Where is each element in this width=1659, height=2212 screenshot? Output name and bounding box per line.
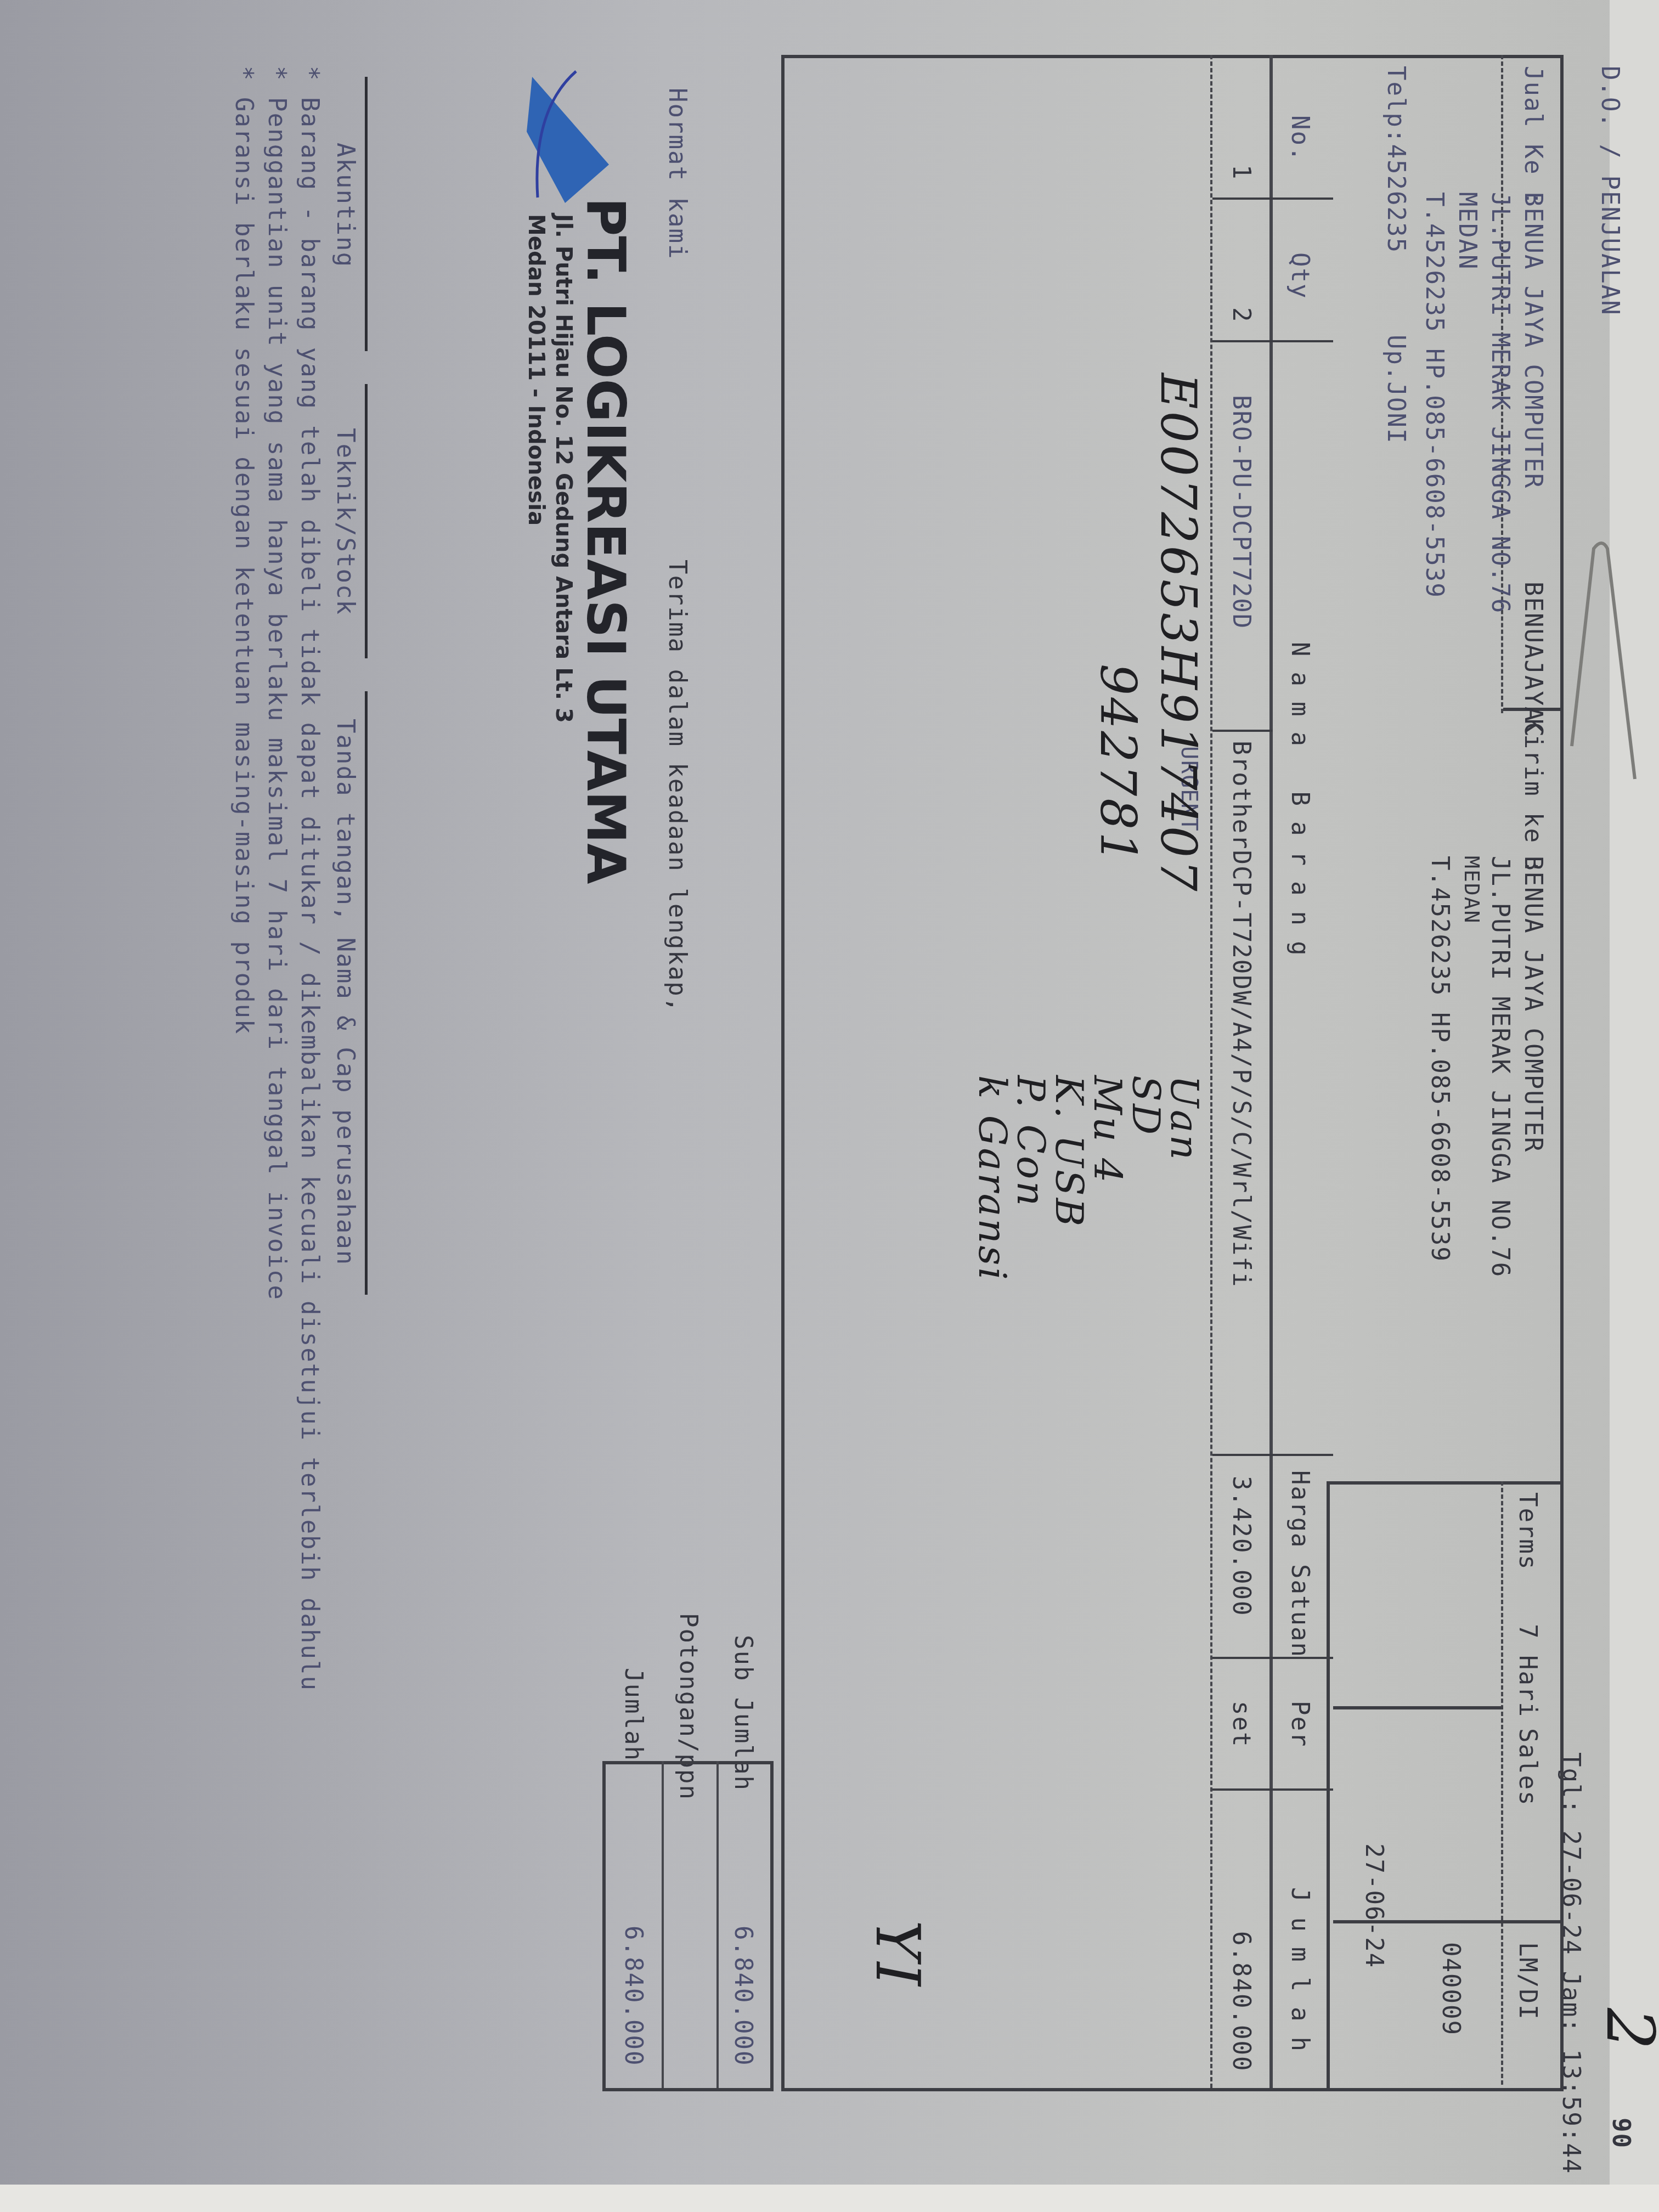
divider [716,1761,719,2088]
row-per: set [1227,1701,1255,1747]
terms-label: Terms [1514,1492,1542,1570]
footnote-3: * Garansi berlaku sesuai dengan ketentua… [230,66,258,1035]
sold-to-city: MEDAN [1453,192,1481,270]
handwritten-initial: YI [862,1920,933,1988]
row-jumlah: 6.840.000 [1227,1931,1255,2072]
divider [1212,1454,1333,1456]
akunting-label: Akunting [331,143,359,268]
hormat-kami-label: Hormat kami [663,88,691,259]
col-harga-satuan: Harga Satuan [1286,1470,1314,1658]
row-qty: 2 [1227,307,1255,323]
sales-value: LM/DI [1514,1942,1542,2020]
ship-to-name: BENUA JAYA COMPUTER [1519,856,1547,1153]
ship-to-address: JL.PUTRI MERAK JINGGA NO.76 [1486,856,1514,1278]
divider [1212,730,1273,732]
sales-label: Sales [1514,1728,1542,1806]
divider [1212,1788,1333,1791]
col-nama-barang: Nama Barang [1286,642,1314,970]
sold-to-phone: T.4526235 HP.085-6608-5539 [1420,192,1448,599]
delivery-order-document: D.O. / PENJUALAN Tgl: 27-06-24 Jam: 13:5… [55,33,1646,2172]
row-no: 1 [1227,165,1255,180]
telp: Telp:4526235 [1382,66,1410,253]
handwritten-note-2: SD [1124,1075,1169,1137]
terms-value: 7 Hari [1514,1624,1542,1718]
divider [1269,55,1273,2088]
ship-to-city: MEDAN [1460,856,1484,924]
document-number: 040009 [1437,1942,1465,2036]
ship-to-phone: T.4526235 HP.085-6608-5539 [1426,856,1454,1262]
divider [662,1761,664,2088]
divider [1501,1481,1503,2085]
footnote-2: * Penggantian unit yang sama hanya berla… [263,66,291,1301]
attention: Up.JONI [1382,335,1410,444]
ship-to-label: Kirim ke : [1519,719,1547,875]
stamp-address-line1: Jl. Putri Hijau No. 12 Gedung Antara Lt.… [551,214,576,723]
handwritten-note-6: k Garansi [970,1075,1015,1282]
row-harga-satuan: 3.420.000 [1227,1476,1255,1616]
col-per: Per [1286,1701,1314,1747]
divider [1212,1657,1333,1659]
receiver-sign-label: Tanda tangan, Nama & Cap perusahaan [331,719,359,1266]
receiver-note: Terima dalam keadaan lengkap, [663,560,691,1013]
stamp-company-name: PT. LOGIKREASI UTAMA [575,198,636,884]
signature-line-akunting [365,77,368,351]
document-date: 27-06-24 [1360,1843,1388,1968]
divider [1333,1706,1503,1709]
signature-line-teknik [365,384,368,658]
stamp-address-line2: Medan 20111 - Indonesia [523,214,549,526]
col-qty: Qty [1286,252,1314,299]
customer-code: BENUAJAYAC [1519,582,1547,738]
footnote-1: * Barang - barang yang telah dibeli tida… [296,66,324,1691]
teknik-stock-label: Teknik/Stock [331,428,359,616]
signature-line-receiver [365,691,368,1295]
divider [1212,198,1333,200]
company-logo-icon [521,66,631,208]
total-value: 6.840.000 [619,1926,647,2066]
telp-value: 4526235 [1382,144,1410,253]
corner-mark: 90 [1607,2118,1635,2149]
handwritten-note-4: K. USB [1047,1075,1092,1228]
handwritten-page-number: 2 [1592,2008,1659,2052]
subtotal-value: 6.840.000 [729,1926,757,2066]
paperclip-icon [1569,538,1640,790]
handwritten-serial-2: 942781 [1089,664,1147,866]
document-title: D.O. / PENJUALAN [1596,66,1624,316]
telp-label: Telp: [1382,66,1410,144]
sold-to-name: BENUA JAYA COMPUTER [1519,192,1547,489]
col-no: No. [1286,115,1314,162]
divider [1212,340,1333,342]
row-description: BrotherDCP-T720DW/A4/P/S/C/Wrl/Wifi [1227,741,1255,1288]
col-jumlah: Jumlah [1286,1887,1314,2067]
handwritten-note-5: P. Con [1008,1075,1053,1208]
divider [1210,55,1212,2088]
handwritten-note-1: Uan [1162,1075,1207,1162]
handwritten-note-3: Mu 4 [1085,1075,1130,1185]
sold-to-label: Jual Ke : [1519,66,1547,206]
handwritten-serial-1: E0072653H917407 [1149,373,1207,894]
table-surface [0,2185,1659,2212]
total-label: Jumlah [619,1668,647,1762]
row-code: BRO-PU-DCPT720D [1227,395,1255,629]
sold-to-address: JL.PUTRI MERAK JINGGA NO.76 [1486,192,1514,614]
